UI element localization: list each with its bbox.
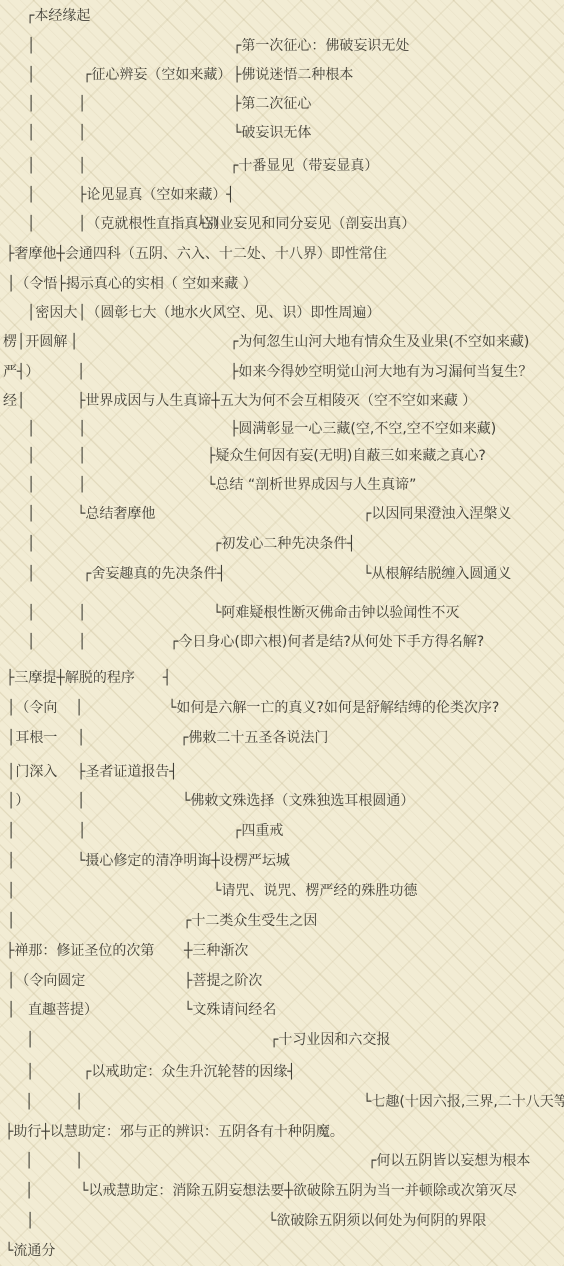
tree-branch-pipe: │ xyxy=(78,603,86,623)
tree-node: ┌征心辨妄（空如来藏） xyxy=(83,65,231,85)
tree-branch-pipe: │ xyxy=(27,603,35,623)
tree-line: │└摄心修定的清净明诲┼设楞严坛城 xyxy=(0,851,564,873)
tree-branch-pipe: │ xyxy=(77,728,85,748)
tree-branch-pipe: │ xyxy=(27,123,35,143)
tree-branch-pipe: │ xyxy=(27,65,35,85)
tree-branch-pipe: │ xyxy=(7,1000,15,1020)
tree-branch-pipe: │ xyxy=(27,534,35,554)
tree-branch-pipe: │ xyxy=(26,1211,34,1231)
tree-line: ├三摩提┼解脱的程序┤ xyxy=(0,668,564,690)
tree-line: │（令悟├揭示真心的实相（ 空如来藏 ） xyxy=(0,274,564,296)
tree-branch-pipe: │ xyxy=(7,851,15,871)
tree-line: │└以戒慧助定：消除五阴妄想法要┼欲破除五阴为当一并顿除或次第灭尽 xyxy=(0,1181,564,1203)
tree-branch-pipe: │ xyxy=(78,446,86,466)
tree-branch-pipe: │ xyxy=(27,419,35,439)
tree-line: │┌以戒助定：众生升沉轮替的因缘┤ xyxy=(0,1062,564,1084)
tree-line: ├禅那：修证圣位的次第┼三种渐次 xyxy=(0,941,564,963)
tree-node: └破妄识无体 xyxy=(233,123,311,143)
tree-branch-pipe: │ xyxy=(27,94,35,114)
tree-line: ││┌何以五阴皆以妄想为根本 xyxy=(0,1151,564,1173)
tree-branch-pipe: │ xyxy=(78,94,86,114)
tree-root-label: 严┤） xyxy=(3,362,39,382)
tree-node: └欲破除五阴须以何处为何阴的界限 xyxy=(268,1211,486,1231)
tree-node: ┌本经缘起 xyxy=(26,6,90,26)
tree-node: 直趣菩提） xyxy=(28,1000,98,1020)
tree-node: ├疑众生何因有妄(无明)自蔽三如来藏之真心? xyxy=(207,446,486,466)
tree-line: │┌十二类众生受生之因 xyxy=(0,911,564,933)
tree-line: ││┌十番显见（带妄显真） xyxy=(0,156,564,178)
tree-line: │）│└佛敕文殊选择（文殊独选耳根圆通） xyxy=(0,791,564,813)
tree-node: └别业妄见和同分妄见（剖妄出真） xyxy=(197,214,415,234)
tree-node: ┌以戒助定：众生升沉轮替的因缘┤ xyxy=(83,1062,296,1082)
tree-line: │密因大│（圆彰七大（地水火风空、见、识）即性周遍） xyxy=(0,303,564,325)
tree-node: │（令向 xyxy=(7,698,57,718)
tree-line: └流通分 xyxy=(0,1241,564,1263)
tree-node-auxiliary: ├助行┼以慧助定：邪与正的辨识：五阴各有十种阴魔。 xyxy=(5,1122,344,1142)
tree-branch-pipe: │ xyxy=(78,156,86,176)
tree-node: └请咒、说咒、楞严经的殊胜功德 xyxy=(213,881,417,901)
tree-node: ├世界成因与人生真谛┼五大为何不会互相陵灭（空不空如来藏 ） xyxy=(77,391,476,411)
tree-node: └七趣(十因六报,三界,二十八天等) xyxy=(363,1092,564,1112)
tree-node: └总结奢摩他 xyxy=(77,504,155,524)
tree-node-samatha: ├奢摩他┼会通四科（五阴、六入、十二处、十八界）即性常住 xyxy=(6,244,387,264)
tree-line: ┌本经缘起 xyxy=(0,6,564,28)
tree-node: ├菩提之阶次 xyxy=(184,971,262,991)
tree-line: │耳根一│┌佛敕二十五圣各说法门 xyxy=(0,728,564,750)
tree-node: │密因大 xyxy=(27,303,77,323)
tree-branch-pipe: │ xyxy=(78,123,86,143)
tree-branch-pipe: │ xyxy=(27,36,35,56)
tree-branch-pipe: │ xyxy=(27,475,35,495)
tree-line: │├论见显真（空如来藏）┤ xyxy=(0,185,564,207)
tree-line: ├助行┼以慧助定：邪与正的辨识：五阴各有十种阴魔。 xyxy=(0,1122,564,1144)
tree-node: ├如来今得妙空明觉山河大地有为习漏何当复生？ xyxy=(230,362,532,382)
tree-node: ┌四重戒 xyxy=(233,821,283,841)
tree-branch-pipe: │ xyxy=(25,1151,33,1171)
tree-branch-pipe: │ xyxy=(75,1151,83,1171)
tree-node: │（令悟├揭示真心的实相（ 空如来藏 ） xyxy=(7,274,257,294)
tree-line: ││└总结 “剖析世界成因与人生真谛” xyxy=(0,475,564,497)
tree-line: ││├疑众生何因有妄(无明)自蔽三如来藏之真心? xyxy=(0,446,564,468)
tree-branch-pipe: │ xyxy=(78,419,86,439)
tree-line: │（令向圆定├菩提之阶次 xyxy=(0,971,564,993)
tree-branch-pipe: │ xyxy=(78,821,86,841)
tree-line: 严┤）│├如来今得妙空明觉山河大地有为习漏何当复生？ xyxy=(0,362,564,384)
tree-node: │） xyxy=(7,791,29,811)
tree-branch-pipe: │ xyxy=(75,698,83,718)
tree-line: │直趣菩提）└文殊请问经名 xyxy=(0,1000,564,1022)
tree-node-circulation: └流通分 xyxy=(5,1241,55,1261)
tree-line: ││┌今日身心(即六根)何者是结?从何处下手方得名解? xyxy=(0,632,564,654)
tree-branch-pipe: │ xyxy=(27,214,35,234)
tree-line: │（令向│└如何是六解一亡的真义?如何是舒解结缚的伦类次序? xyxy=(0,698,564,720)
tree-node-samapatti: ├三摩提┼解脱的程序 xyxy=(6,668,135,688)
tree-line: ││├圆满彰显一心三藏(空,不空,空不空如来藏) xyxy=(0,419,564,441)
tree-node: └阿难疑根性断灭佛命击钟以验闻性不灭 xyxy=(213,603,459,623)
surangama-sutra-outline-tree: ┌本经缘起 │┌第一次征心：佛破妄识无处 │┌征心辨妄（空如来藏）├佛说迷悟二种… xyxy=(0,0,564,1266)
tree-branch-pipe: │ xyxy=(77,362,85,382)
tree-line: ││└阿难疑根性断灭佛命击钟以验闻性不灭 xyxy=(0,603,564,625)
tree-node: ┌舍妄趣真的先决条件┤ xyxy=(83,564,226,584)
tree-branch-pipe: │ xyxy=(78,475,86,495)
tree-branch-pipe: │ xyxy=(77,791,85,811)
tree-branch-pipe: │ xyxy=(26,1030,34,1050)
tree-node: │门深入 xyxy=(7,762,57,782)
tree-branch-pipe: │ xyxy=(70,332,78,352)
tree-node: │（令向圆定 xyxy=(7,971,85,991)
tree-branch-pipe: │ xyxy=(78,632,86,652)
tree-branch-pipe: │ xyxy=(7,911,15,931)
tree-node: ┌十二类众生受生之因 xyxy=(183,911,317,931)
tree-line: │┌十习业因和六交报 xyxy=(0,1030,564,1052)
tree-node: │耳根一 xyxy=(7,728,57,748)
tree-node: ┌十习业因和六交报 xyxy=(270,1030,390,1050)
tree-node: └文殊请问经名 xyxy=(184,1000,276,1020)
tree-node: └佛敕文殊选择（文殊独选耳根圆通） xyxy=(182,791,414,811)
tree-node: ┼三种渐次 xyxy=(184,941,248,961)
tree-branch-pipe: │ xyxy=(25,1092,33,1112)
tree-branch-pipe: │ xyxy=(26,1062,34,1082)
tree-branch-pipe: │ xyxy=(27,446,35,466)
tree-line: ││└七趣(十因六报,三界,二十八天等) xyxy=(0,1092,564,1114)
tree-line: ├奢摩他┼会通四科（五阴、六入、十二处、十八界）即性常住 xyxy=(0,244,564,266)
tree-line: 经│├世界成因与人生真谛┼五大为何不会互相陵灭（空不空如来藏 ） xyxy=(0,391,564,413)
tree-branch-tee: ┤ xyxy=(163,668,171,688)
tree-node: └摄心修定的清净明诲┼设楞严坛城 xyxy=(77,851,290,871)
tree-branch-pipe: │ xyxy=(25,1181,33,1201)
tree-line: │└欲破除五阴须以何处为何阴的界限 xyxy=(0,1211,564,1233)
tree-branch-pipe: │ xyxy=(27,504,35,524)
tree-node: ┌初发心二种先决条件┤ xyxy=(213,534,356,554)
tree-root-label: 楞│开圆解 xyxy=(3,332,67,352)
tree-line: ││└破妄识无体 xyxy=(0,123,564,145)
tree-node-dhyana: ├禅那：修证圣位的次第 xyxy=(6,941,154,961)
tree-node: ┌第一次征心：佛破妄识无处 xyxy=(233,36,409,56)
tree-node: ├圆满彰显一心三藏(空,不空,空不空如来藏) xyxy=(230,419,496,439)
tree-node: └如何是六解一亡的真义?如何是舒解结缚的伦类次序? xyxy=(168,698,499,718)
tree-branch-pipe: │ xyxy=(75,1092,83,1112)
tree-node: ┌十番显见（带妄显真） xyxy=(230,156,378,176)
tree-branch-pipe: │ xyxy=(27,632,35,652)
tree-node: └从根解结脱缠入圆通义 xyxy=(363,564,511,584)
tree-node: ├圣者证道报告┤ xyxy=(77,762,178,782)
tree-node: ┌今日身心(即六根)何者是结?从何处下手方得名解? xyxy=(170,632,484,652)
tree-node: ┌何以五阴皆以妄想为根本 xyxy=(368,1151,530,1171)
tree-line: │┌征心辨妄（空如来藏）├佛说迷悟二种根本 xyxy=(0,65,564,87)
tree-line: │┌初发心二种先决条件┤ xyxy=(0,534,564,556)
tree-branch-pipe: │ xyxy=(27,564,35,584)
tree-line: │└请咒、说咒、楞严经的殊胜功德 xyxy=(0,881,564,903)
tree-node: │（圆彰七大（地水火风空、见、识）即性周遍） xyxy=(78,303,380,323)
tree-node: ├佛说迷悟二种根本 xyxy=(233,65,353,85)
tree-node: └以戒慧助定：消除五阴妄想法要┼欲破除五阴为当一并顿除或次第灭尽 xyxy=(80,1181,517,1201)
tree-node: ┌以因同果澄浊入涅槃义 xyxy=(363,504,511,524)
tree-line: ││┌四重戒 xyxy=(0,821,564,843)
tree-line: │门深入├圣者证道报告┤ xyxy=(0,762,564,784)
tree-root-label: 经│ xyxy=(3,391,25,411)
tree-line: │┌舍妄趣真的先决条件┤└从根解结脱缠入圆通义 xyxy=(0,564,564,586)
tree-line: ││（克就根性直指真心）└别业妄见和同分妄见（剖妄出真） xyxy=(0,214,564,236)
tree-branch-pipe: │ xyxy=(7,881,15,901)
tree-node: ├论见显真（空如来藏）┤ xyxy=(78,185,235,205)
tree-branch-pipe: │ xyxy=(7,821,15,841)
tree-node: ┌为何忽生山河大地有情众生及业果(不空如来藏) xyxy=(230,332,529,352)
tree-branch-pipe: │ xyxy=(27,185,35,205)
tree-node: ├第二次征心 xyxy=(233,94,311,114)
tree-line: ││├第二次征心 xyxy=(0,94,564,116)
tree-line: │└总结奢摩他┌以因同果澄浊入涅槃义 xyxy=(0,504,564,526)
tree-node: ┌佛敕二十五圣各说法门 xyxy=(180,728,328,748)
tree-node: └总结 “剖析世界成因与人生真谛” xyxy=(207,475,416,495)
tree-line: │┌第一次征心：佛破妄识无处 xyxy=(0,36,564,58)
tree-branch-pipe: │ xyxy=(27,156,35,176)
tree-line: 楞│开圆解│┌为何忽生山河大地有情众生及业果(不空如来藏) xyxy=(0,332,564,354)
